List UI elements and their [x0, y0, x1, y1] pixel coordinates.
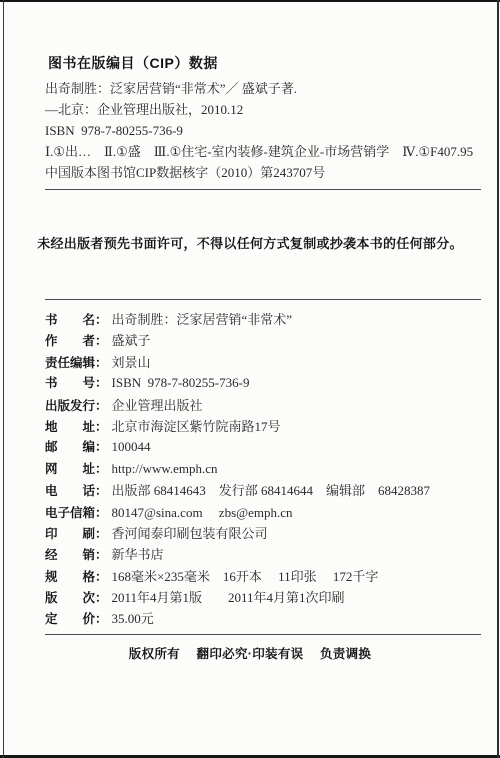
detail-row-postcode: 邮编：100044 — [45, 437, 500, 458]
detail-row-distributor: 经销：新华书店 — [45, 544, 500, 565]
permission-notice: 未经出版者预先书面许可，不得以任何方式复制或抄袭本书的任何部分。 — [0, 236, 500, 252]
separator-rule-top — [45, 189, 481, 190]
detail-label: 书名 — [45, 310, 95, 328]
detail-label: 印刷 — [45, 524, 95, 542]
label-colon: ： — [95, 420, 108, 434]
detail-value: 100044 — [112, 439, 151, 454]
detail-row-editor: 责任编辑：刘景山 — [45, 352, 500, 373]
detail-label: 规格 — [45, 567, 95, 585]
detail-row-isbn: 书号：ISBN 978-7-80255-736-9 — [45, 373, 500, 394]
detail-value: http://www.emph.cn — [112, 461, 218, 476]
detail-label: 作者 — [45, 331, 95, 349]
label-colon: ： — [95, 399, 108, 413]
detail-value: 出版部 68414643 发行部 68414644 编辑部 68428387 — [112, 483, 431, 498]
label-colon: ： — [95, 570, 108, 584]
scan-edge-left — [3, 0, 4, 758]
scan-edge-top — [0, 0, 500, 2]
detail-value: 企业管理出版社 — [112, 398, 203, 413]
detail-value: 盛斌子 — [112, 333, 151, 348]
separator-rule-bottom — [45, 634, 481, 635]
cip-line-classification: Ⅰ.①出… Ⅱ.①盛 Ⅲ.①住宅-室内装修-建筑企业-市场营销学 Ⅳ.①F407… — [45, 141, 481, 162]
label-colon: ： — [95, 376, 108, 390]
detail-row-phone: 电话：出版部 68414643 发行部 68414644 编辑部 6842838… — [45, 480, 500, 501]
colophon-list: 书名：出奇制胜：泛家居营销“非常术” 作者：盛斌子 责任编辑：刘景山 书号：IS… — [0, 300, 500, 630]
detail-row-address: 地址：北京市海淀区紫竹院南路17号 — [45, 416, 500, 437]
detail-label: 地址 — [45, 417, 95, 435]
detail-label: 网址 — [45, 459, 95, 477]
detail-value: 刘景山 — [112, 355, 151, 370]
detail-label: 责任编辑 — [45, 353, 95, 371]
detail-label: 出版发行 — [45, 396, 95, 414]
detail-value: ISBN 978-7-80255-736-9 — [112, 375, 250, 390]
detail-row-website: 网址：http://www.emph.cn — [45, 459, 500, 480]
label-colon: ： — [95, 334, 108, 348]
scan-edge-right — [497, 0, 499, 758]
cip-heading: 图书在版编目（CIP）数据 — [48, 55, 481, 71]
copyright-page: 图书在版编目（CIP）数据 出奇制胜：泛家居营销“非常术”／ 盛斌子著. —北京… — [0, 0, 500, 758]
detail-label: 邮编 — [45, 437, 95, 455]
detail-value: 80147@sina.com zbs@emph.cn — [112, 505, 293, 520]
detail-row-price: 定价：35.00元 — [45, 608, 500, 629]
label-colon: ： — [95, 591, 108, 605]
detail-value: 香河闻泰印刷包装有限公司 — [112, 526, 268, 541]
detail-row-author: 作者：盛斌子 — [45, 330, 500, 351]
cip-line-publisher: —北京：企业管理出版社，2010.12 — [45, 99, 481, 120]
label-colon: ： — [95, 440, 108, 454]
detail-value: 35.00元 — [112, 611, 154, 626]
label-colon: ： — [95, 548, 108, 562]
label-colon: ： — [95, 506, 108, 520]
detail-value: 168毫米×235毫米 16开本 11印张 172千字 — [112, 569, 379, 584]
detail-value: 新华书店 — [112, 547, 164, 562]
cip-section: 图书在版编目（CIP）数据 出奇制胜：泛家居营销“非常术”／ 盛斌子著. —北京… — [0, 0, 500, 183]
detail-row-title: 书名：出奇制胜：泛家居营销“非常术” — [45, 309, 500, 330]
copyright-footer: 版权所有 翻印必究·印装有误 负责调换 — [0, 644, 500, 662]
label-colon: ： — [95, 313, 108, 327]
label-colon: ： — [95, 527, 108, 541]
detail-label: 版次 — [45, 588, 95, 606]
detail-label: 电子信箱 — [45, 503, 95, 521]
detail-label: 经销 — [45, 545, 95, 563]
detail-row-printer: 印刷：香河闻泰印刷包装有限公司 — [45, 523, 500, 544]
detail-label: 定价 — [45, 609, 95, 627]
detail-label: 电话 — [45, 481, 95, 499]
label-colon: ： — [95, 484, 108, 498]
detail-row-email: 电子信箱：80147@sina.com zbs@emph.cn — [45, 502, 500, 523]
cip-line-record-number: 中国版本图书馆CIP数据核字（2010）第243707号 — [45, 162, 481, 183]
label-colon: ： — [95, 612, 108, 626]
detail-value: 北京市海淀区紫竹院南路17号 — [112, 419, 281, 434]
label-colon: ： — [95, 462, 108, 476]
cip-line-title: 出奇制胜：泛家居营销“非常术”／ 盛斌子著. — [45, 78, 481, 99]
detail-row-publisher: 出版发行：企业管理出版社 — [45, 395, 500, 416]
detail-row-format: 规格：168毫米×235毫米 16开本 11印张 172千字 — [45, 566, 500, 587]
detail-row-edition: 版次：2011年4月第1版 2011年4月第1次印刷 — [45, 587, 500, 608]
cip-line-isbn: ISBN 978-7-80255-736-9 — [45, 120, 481, 141]
detail-value: 2011年4月第1版 2011年4月第1次印刷 — [112, 590, 345, 605]
detail-value: 出奇制胜：泛家居营销“非常术” — [112, 312, 293, 327]
label-colon: ： — [95, 356, 108, 370]
detail-label: 书号 — [45, 373, 95, 391]
